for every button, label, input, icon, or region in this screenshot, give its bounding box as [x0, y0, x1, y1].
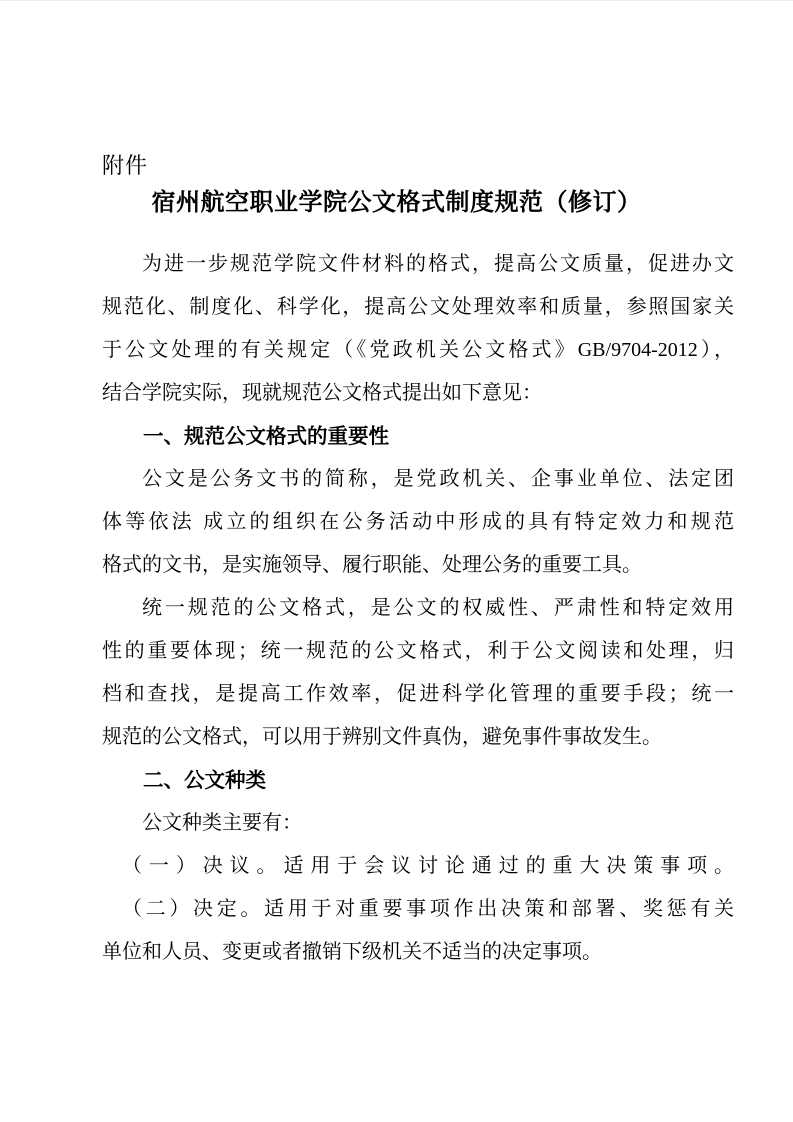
section-1-paragraph-1-line: 公文是公务文书的简称，是党政机关、企事业单位、法定团	[102, 458, 734, 501]
document-body: 为进一步规范学院文件材料的格式，提高公文质量，促进办文 规范化、制度化、科学化，…	[102, 243, 734, 974]
intro-paragraph-line: 规范化、制度化、科学化，提高公文处理效率和质量，参照国家关	[102, 286, 734, 329]
section-1-paragraph-2-line: 档和查找，是提高工作效率，促进科学化管理的重要手段；统一	[102, 673, 734, 716]
intro-paragraph-line: 结合学院实际，现就规范公文格式提出如下意见：	[102, 372, 734, 415]
intro-paragraph-line: 于公文处理的有关规定（《党政机关公文格式》GB/9704-2012），	[102, 329, 734, 372]
section-2-item-2-line: 单位和人员、变更或者撤销下级机关不适当的决定事项。	[102, 931, 734, 974]
section-1-heading: 一、规范公文格式的重要性	[102, 415, 734, 458]
section-2-lead-line: 公文种类主要有：	[102, 802, 734, 845]
intro-paragraph-line: 为进一步规范学院文件材料的格式，提高公文质量，促进办文	[102, 243, 734, 286]
section-1-paragraph-1-line: 格式的文书，是实施领导、履行职能、处理公务的重要工具。	[102, 544, 734, 587]
section-2-item-1-line: （一）决议。适用于会议讨论通过的重大决策事项。	[102, 845, 734, 888]
document-page: 附件 宿州航空职业学院公文格式制度规范（修订） 为进一步规范学院文件材料的格式，…	[0, 0, 793, 1122]
section-1-paragraph-1-line: 体等依法 成立的组织在公务活动中形成的具有特定效力和规范	[102, 501, 734, 544]
section-2-item-2-line: （二）决定。适用于对重要事项作出决策和部署、奖惩有关	[102, 888, 734, 931]
attachment-label: 附件	[102, 151, 148, 181]
section-1-paragraph-2-line: 性的重要体现；统一规范的公文格式，利于公文阅读和处理，归	[102, 630, 734, 673]
section-1-paragraph-2-line: 规范的公文格式，可以用于辨别文件真伪，避免事件事故发生。	[102, 716, 734, 759]
section-2-heading: 二、公文种类	[102, 759, 734, 802]
document-title: 宿州航空职业学院公文格式制度规范（修订）	[0, 185, 793, 221]
section-1-paragraph-2-line: 统一规范的公文格式，是公文的权威性、严肃性和特定效用	[102, 587, 734, 630]
